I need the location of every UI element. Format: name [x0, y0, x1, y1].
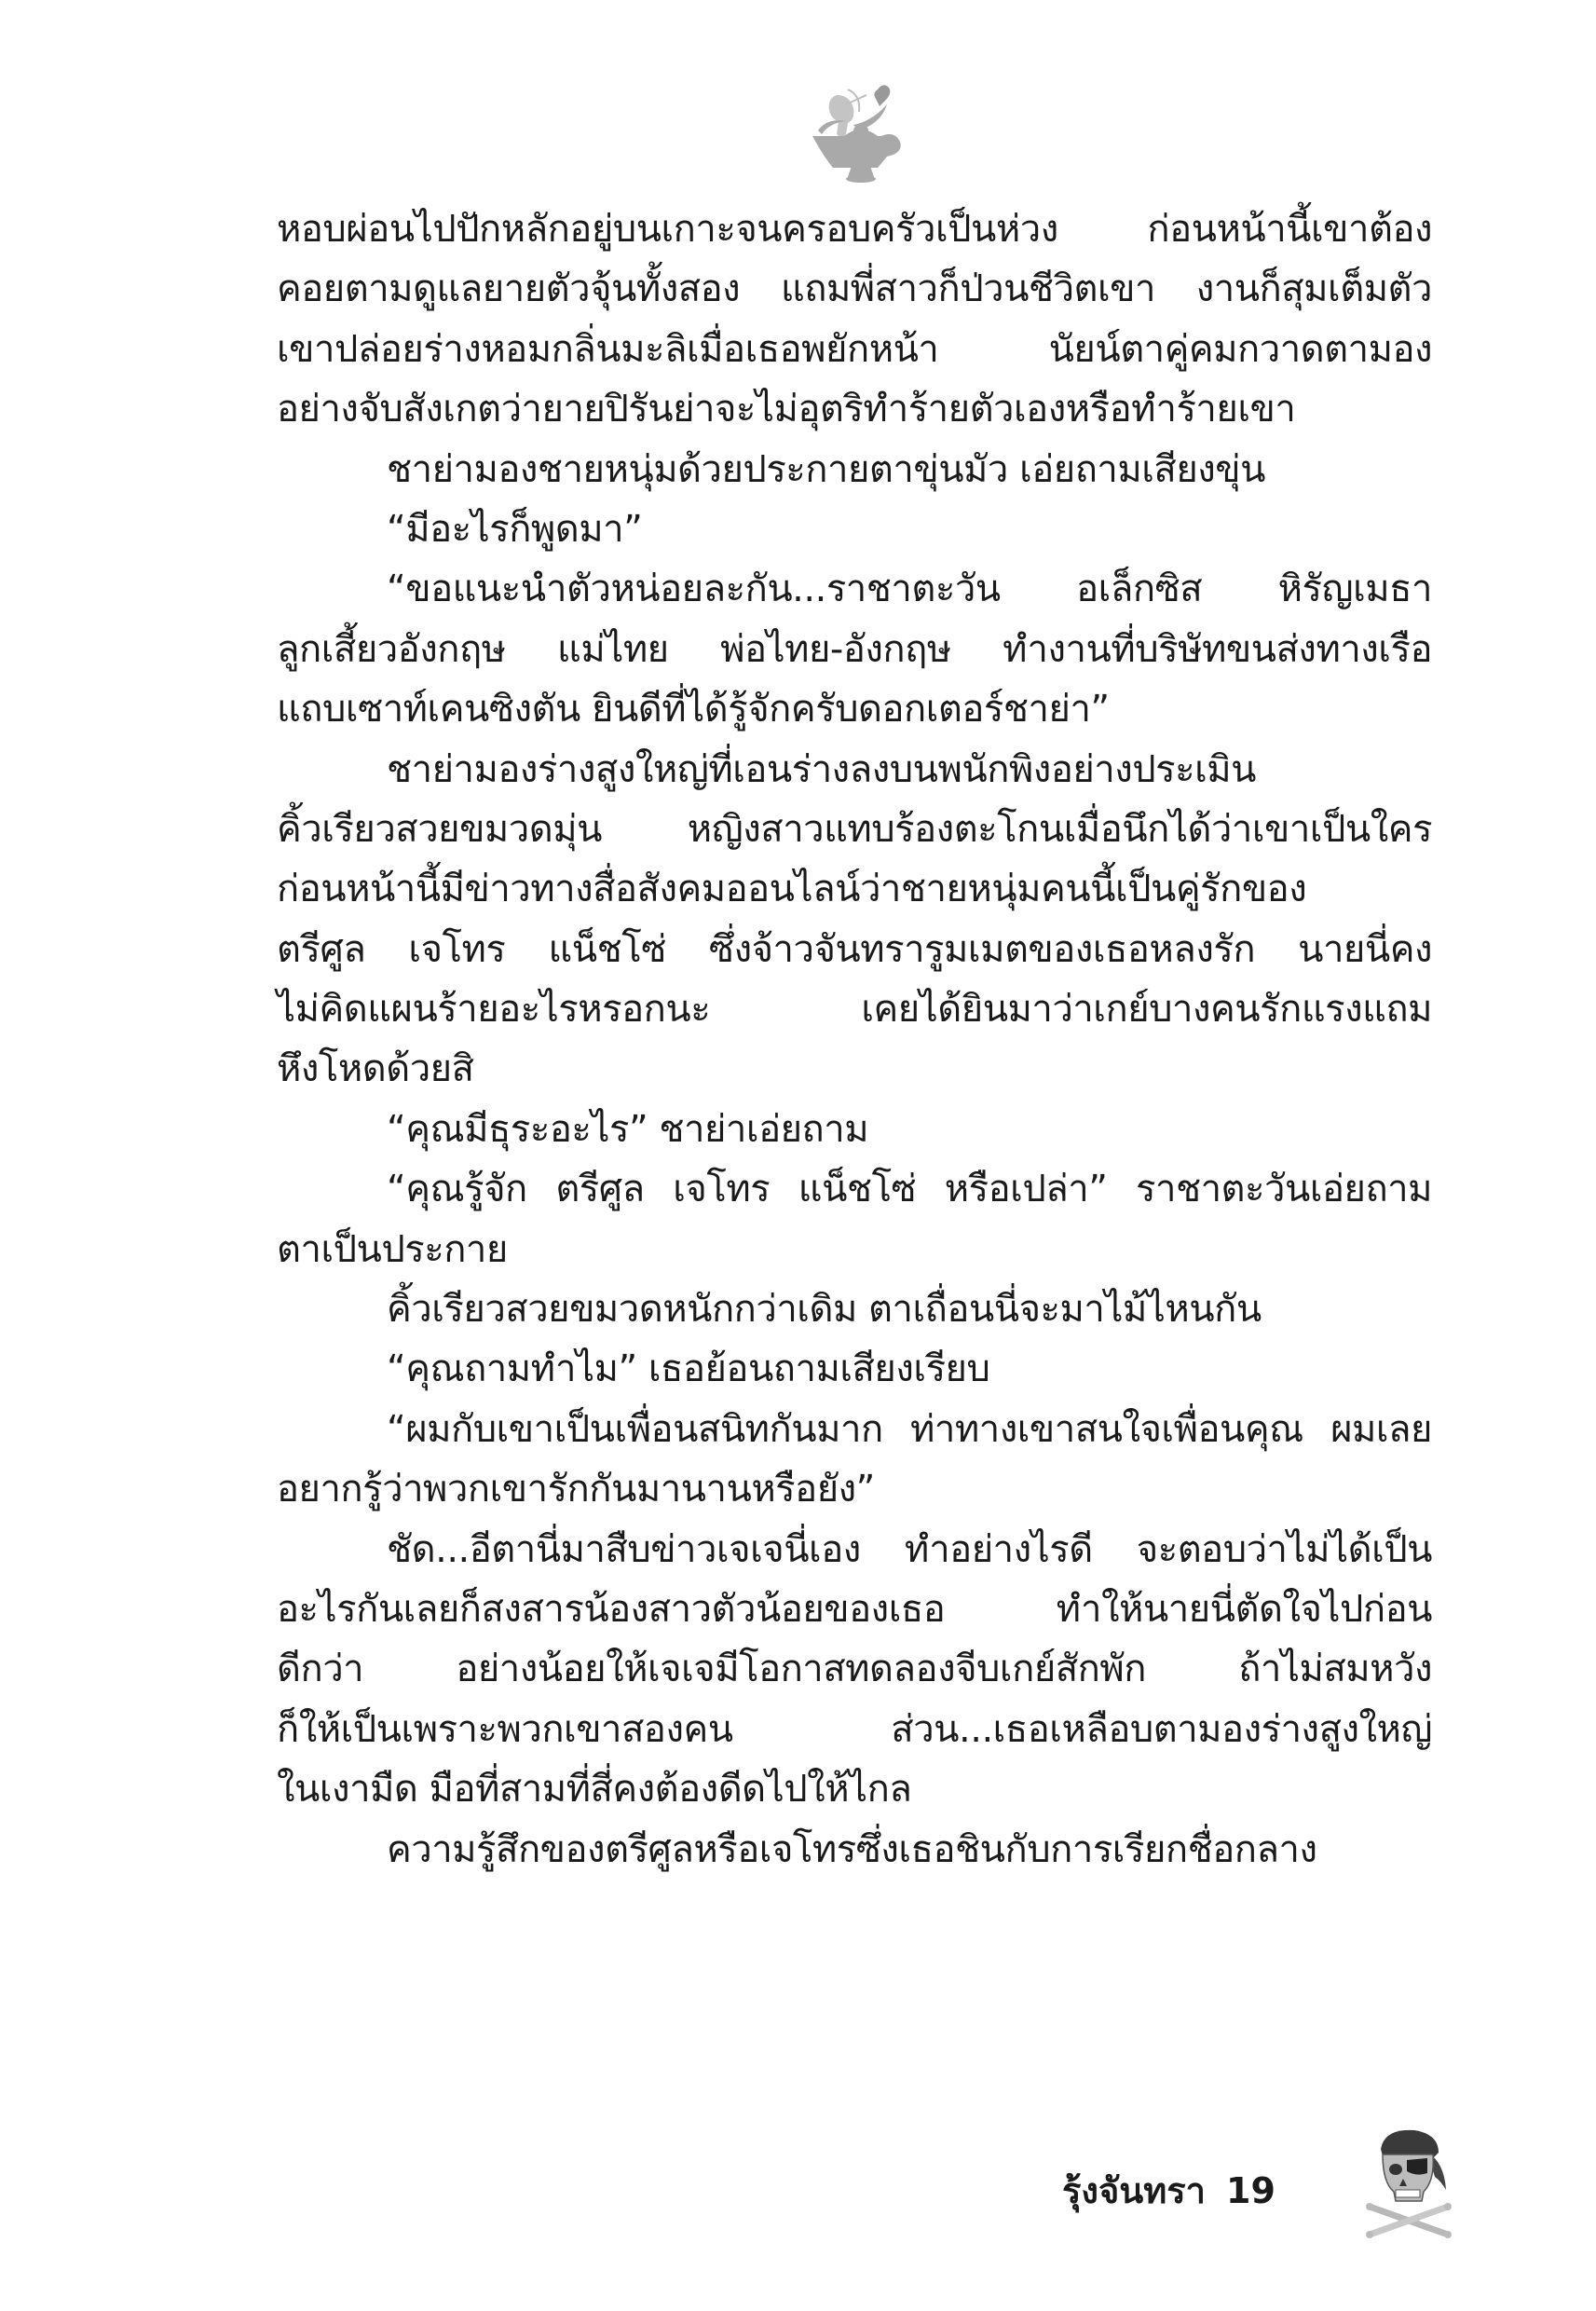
- text-line: อยากรู้ว่าพวกเขารักกันมานานหรือยัง”: [277, 1459, 1432, 1519]
- text-line: ก่อนหน้านี้มีข่าวทางสื่อสังคมออนไลน์ว่าช…: [277, 859, 1432, 919]
- text-line: “ผมกับเขาเป็นเพื่อนสนิทกันมาก ท่าทางเขาส…: [277, 1400, 1432, 1459]
- body-text: หอบผ่อนไปปักหลักอยู่บนเกาะจนครอบครัวเป็น…: [277, 199, 1432, 1880]
- text-line: อะไรกันเลยก็สงสารน้องสาวตัวน้อยของเธอ ทำ…: [277, 1579, 1432, 1639]
- text-line: ในเงามืด มือที่สามที่สี่คงต้องดีดไปให้ไก…: [277, 1759, 1432, 1819]
- text-line: ไม่คิดแผนร้ายอะไรหรอกนะ เคยได้ยินมาว่าเก…: [277, 979, 1432, 1039]
- text-line: ชาย่ามองชายหนุ่มด้วยประกายตาขุ่นมัว เอ่ย…: [277, 440, 1432, 499]
- text-line: ดีกว่า อย่างน้อยให้เจเจมีโอกาสทดลองจีบเก…: [277, 1639, 1432, 1699]
- text-line: หึงโหดด้วยสิ: [277, 1039, 1432, 1099]
- text-line: ชาย่ามองร่างสูงใหญ่ที่เอนร่างลงบนพนักพิง…: [277, 740, 1432, 800]
- pirate-skull-crossbones-icon: [1362, 2126, 1459, 2238]
- text-line: คอยตามดูแลยายตัวจุ้นทั้งสอง แถมพี่สาวก็ป…: [277, 259, 1432, 319]
- text-line: “มีอะไรก็พูดมา”: [277, 499, 1432, 559]
- text-line: หอบผ่อนไปปักหลักอยู่บนเกาะจนครอบครัวเป็น…: [277, 199, 1432, 259]
- text-line: “คุณถามทำไม” เธอย้อนถามเสียงเรียบ: [277, 1339, 1432, 1399]
- text-line: ชัด...อีตานี่มาสืบข่าวเจเจนี่เอง ทำอย่าง…: [277, 1520, 1432, 1579]
- book-page: หอบผ่อนไปปักหลักอยู่บนเกาะจนครอบครัวเป็น…: [0, 0, 1596, 2311]
- text-line: คิ้วเรียวสวยขมวดหนักกว่าเดิม ตาเถื่อนนี่…: [277, 1279, 1432, 1339]
- lamp-cupid-ornament-icon: [799, 76, 907, 188]
- text-line: “คุณรู้จัก ตรีศูล เจโทร แน็ชโซ่ หรือเปล่…: [277, 1159, 1432, 1219]
- text-line: “คุณมีธุระอะไร” ชาย่าเอ่ยถาม: [277, 1100, 1432, 1159]
- page-footer: รุ้งจันทรา19: [1062, 2162, 1275, 2227]
- book-title: รุ้งจันทรา: [1062, 2170, 1206, 2211]
- text-line: ความรู้สึกของตรีศูลหรือเจโทรซึ่งเธอชินกั…: [277, 1820, 1432, 1880]
- text-line: ก็ให้เป็นเพราะพวกเขาสองคน ส่วน...เธอเหลื…: [277, 1700, 1432, 1759]
- text-line: “ขอแนะนำตัวหน่อยละกัน...ราชาตะวัน อเล็กซ…: [277, 559, 1432, 619]
- text-line: ตาเป็นประกาย: [277, 1220, 1432, 1279]
- text-line: แถบเซาท์เคนซิงตัน ยินดีที่ได้รู้จักครับด…: [277, 679, 1432, 739]
- page-number: 19: [1226, 2170, 1275, 2211]
- text-line: ลูกเสี้ยวอังกฤษ แม่ไทย พ่อไทย-อังกฤษ ทำง…: [277, 620, 1432, 679]
- text-line: คิ้วเรียวสวยขมวดมุ่น หญิงสาวแทบร้องตะโกน…: [277, 800, 1432, 859]
- text-line: ตรีศูล เจโทร แน็ชโซ่ ซึ่งจ้าวจันทรารูมเม…: [277, 920, 1432, 979]
- text-line: เขาปล่อยร่างหอมกลิ่นมะลิเมื่อเธอพยักหน้า…: [277, 320, 1432, 379]
- text-line: อย่างจับสังเกตว่ายายปิรันย่าจะไม่อุตริทำ…: [277, 379, 1432, 439]
